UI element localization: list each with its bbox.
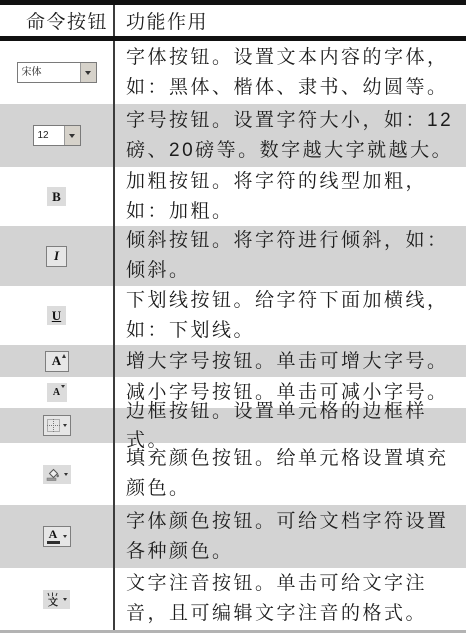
row-description-line: 增大字号按钮。单击可增大字号。 bbox=[126, 347, 466, 376]
bold-button[interactable]: B bbox=[47, 187, 66, 206]
row-description-line: 填充颜色按钮。给单元格设置填充 bbox=[126, 444, 466, 474]
decrease-font-size-icon: A bbox=[53, 387, 60, 398]
font-size-combobox-value: 12 bbox=[34, 126, 64, 145]
table-row: B 加粗按钮。将字符的线型加粗， 如：加粗。 bbox=[0, 167, 466, 226]
underline-icon: U bbox=[52, 308, 61, 324]
arrow-up-icon bbox=[62, 354, 66, 358]
table-row: U 下划线按钮。给字符下面加横线， 如：下划线。 bbox=[0, 286, 466, 345]
table-row: 宋体 字体按钮。设置文本内容的字体， 如：黑体、楷体、隶书、幼圆等。 bbox=[0, 41, 466, 104]
row-description-line: 如：加粗。 bbox=[126, 197, 466, 227]
row-description-line: 倾斜。 bbox=[126, 256, 466, 286]
table-row: A 字体颜色按钮。可给文档字符设置 各种颜色。 bbox=[0, 505, 466, 568]
chevron-down-icon bbox=[69, 134, 75, 138]
row-description-line: 字体按钮。设置文本内容的字体， bbox=[126, 43, 466, 73]
phonetic-guide-button[interactable]: 文 bbox=[43, 590, 70, 609]
table-row: 填充颜色按钮。给单元格设置填充 颜色。 bbox=[0, 443, 466, 505]
underline-button[interactable]: U bbox=[47, 306, 66, 325]
chevron-down-icon bbox=[85, 71, 91, 75]
font-combobox-value: 宋体 bbox=[18, 63, 80, 82]
chevron-down-icon bbox=[63, 535, 67, 538]
decrease-font-size-button[interactable]: A bbox=[47, 383, 67, 402]
bottom-rule bbox=[0, 630, 466, 633]
row-description-line: 下划线按钮。给字符下面加横线， bbox=[126, 286, 466, 316]
font-color-swatch bbox=[47, 541, 60, 544]
arrow-down-icon bbox=[61, 385, 65, 388]
dropdown-button[interactable] bbox=[80, 63, 96, 82]
row-description-line: 加粗按钮。将字符的线型加粗， bbox=[126, 167, 466, 197]
borders-grid-icon bbox=[47, 419, 60, 432]
chevron-down-icon bbox=[63, 424, 67, 427]
table-header-row: 命令按钮 功能作用 bbox=[0, 5, 466, 36]
row-description-line: 磅、20磅等。数字越大字就越大。 bbox=[126, 136, 466, 166]
italic-icon: I bbox=[54, 248, 59, 264]
table-row: 12 字号按钮。设置字符大小，如：12 磅、20磅等。数字越大字就越大。 bbox=[0, 104, 466, 167]
header-function-column: 功能作用 bbox=[113, 5, 466, 36]
row-description-line: 倾斜按钮。将字符进行倾斜，如： bbox=[126, 226, 466, 256]
row-description-line: 颜色。 bbox=[126, 474, 466, 504]
increase-font-size-icon: A bbox=[52, 353, 61, 369]
header-command-button-column: 命令按钮 bbox=[0, 5, 113, 36]
italic-button[interactable]: I bbox=[46, 246, 67, 267]
row-description-line: 文字注音按钮。单击可给文字注 bbox=[126, 569, 466, 599]
chevron-down-icon bbox=[63, 598, 67, 601]
button-reference-table: 命令按钮 功能作用 宋体 字体按钮。设置文本内容的字体， 如：黑体、楷体、隶书、… bbox=[0, 0, 466, 637]
table-row: 文 文字注音按钮。单击可给文字注 音，且可编辑文字注音的格式。 bbox=[0, 568, 466, 630]
row-description-line: 字号按钮。设置字符大小，如：12 bbox=[126, 106, 466, 136]
bold-icon: B bbox=[52, 189, 61, 205]
table-row: I 倾斜按钮。将字符进行倾斜，如： 倾斜。 bbox=[0, 226, 466, 286]
font-combobox[interactable]: 宋体 bbox=[17, 62, 97, 83]
svg-text:文: 文 bbox=[48, 595, 58, 607]
table-row: 边框按钮。设置单元格的边框样式。 bbox=[0, 408, 466, 443]
phonetic-guide-icon: 文 bbox=[46, 592, 60, 607]
font-size-combobox[interactable]: 12 bbox=[33, 125, 81, 146]
font-color-button[interactable]: A bbox=[43, 526, 71, 547]
table-row: A 增大字号按钮。单击可增大字号。 bbox=[0, 345, 466, 377]
row-description-line: 音，且可编辑文字注音的格式。 bbox=[126, 599, 466, 629]
paint-bucket-icon bbox=[46, 467, 61, 481]
borders-button[interactable] bbox=[43, 415, 71, 436]
row-description-line: 字体颜色按钮。可给文档字符设置 bbox=[126, 507, 466, 537]
fill-color-button[interactable] bbox=[43, 465, 71, 484]
chevron-down-icon bbox=[64, 473, 68, 476]
dropdown-button[interactable] bbox=[64, 126, 80, 145]
font-color-icon: A bbox=[47, 529, 60, 544]
increase-font-size-button[interactable]: A bbox=[45, 351, 69, 372]
row-description-line: 如：下划线。 bbox=[126, 316, 466, 346]
row-description-line: 如：黑体、楷体、隶书、幼圆等。 bbox=[126, 73, 466, 103]
row-description-line: 各种颜色。 bbox=[126, 537, 466, 567]
